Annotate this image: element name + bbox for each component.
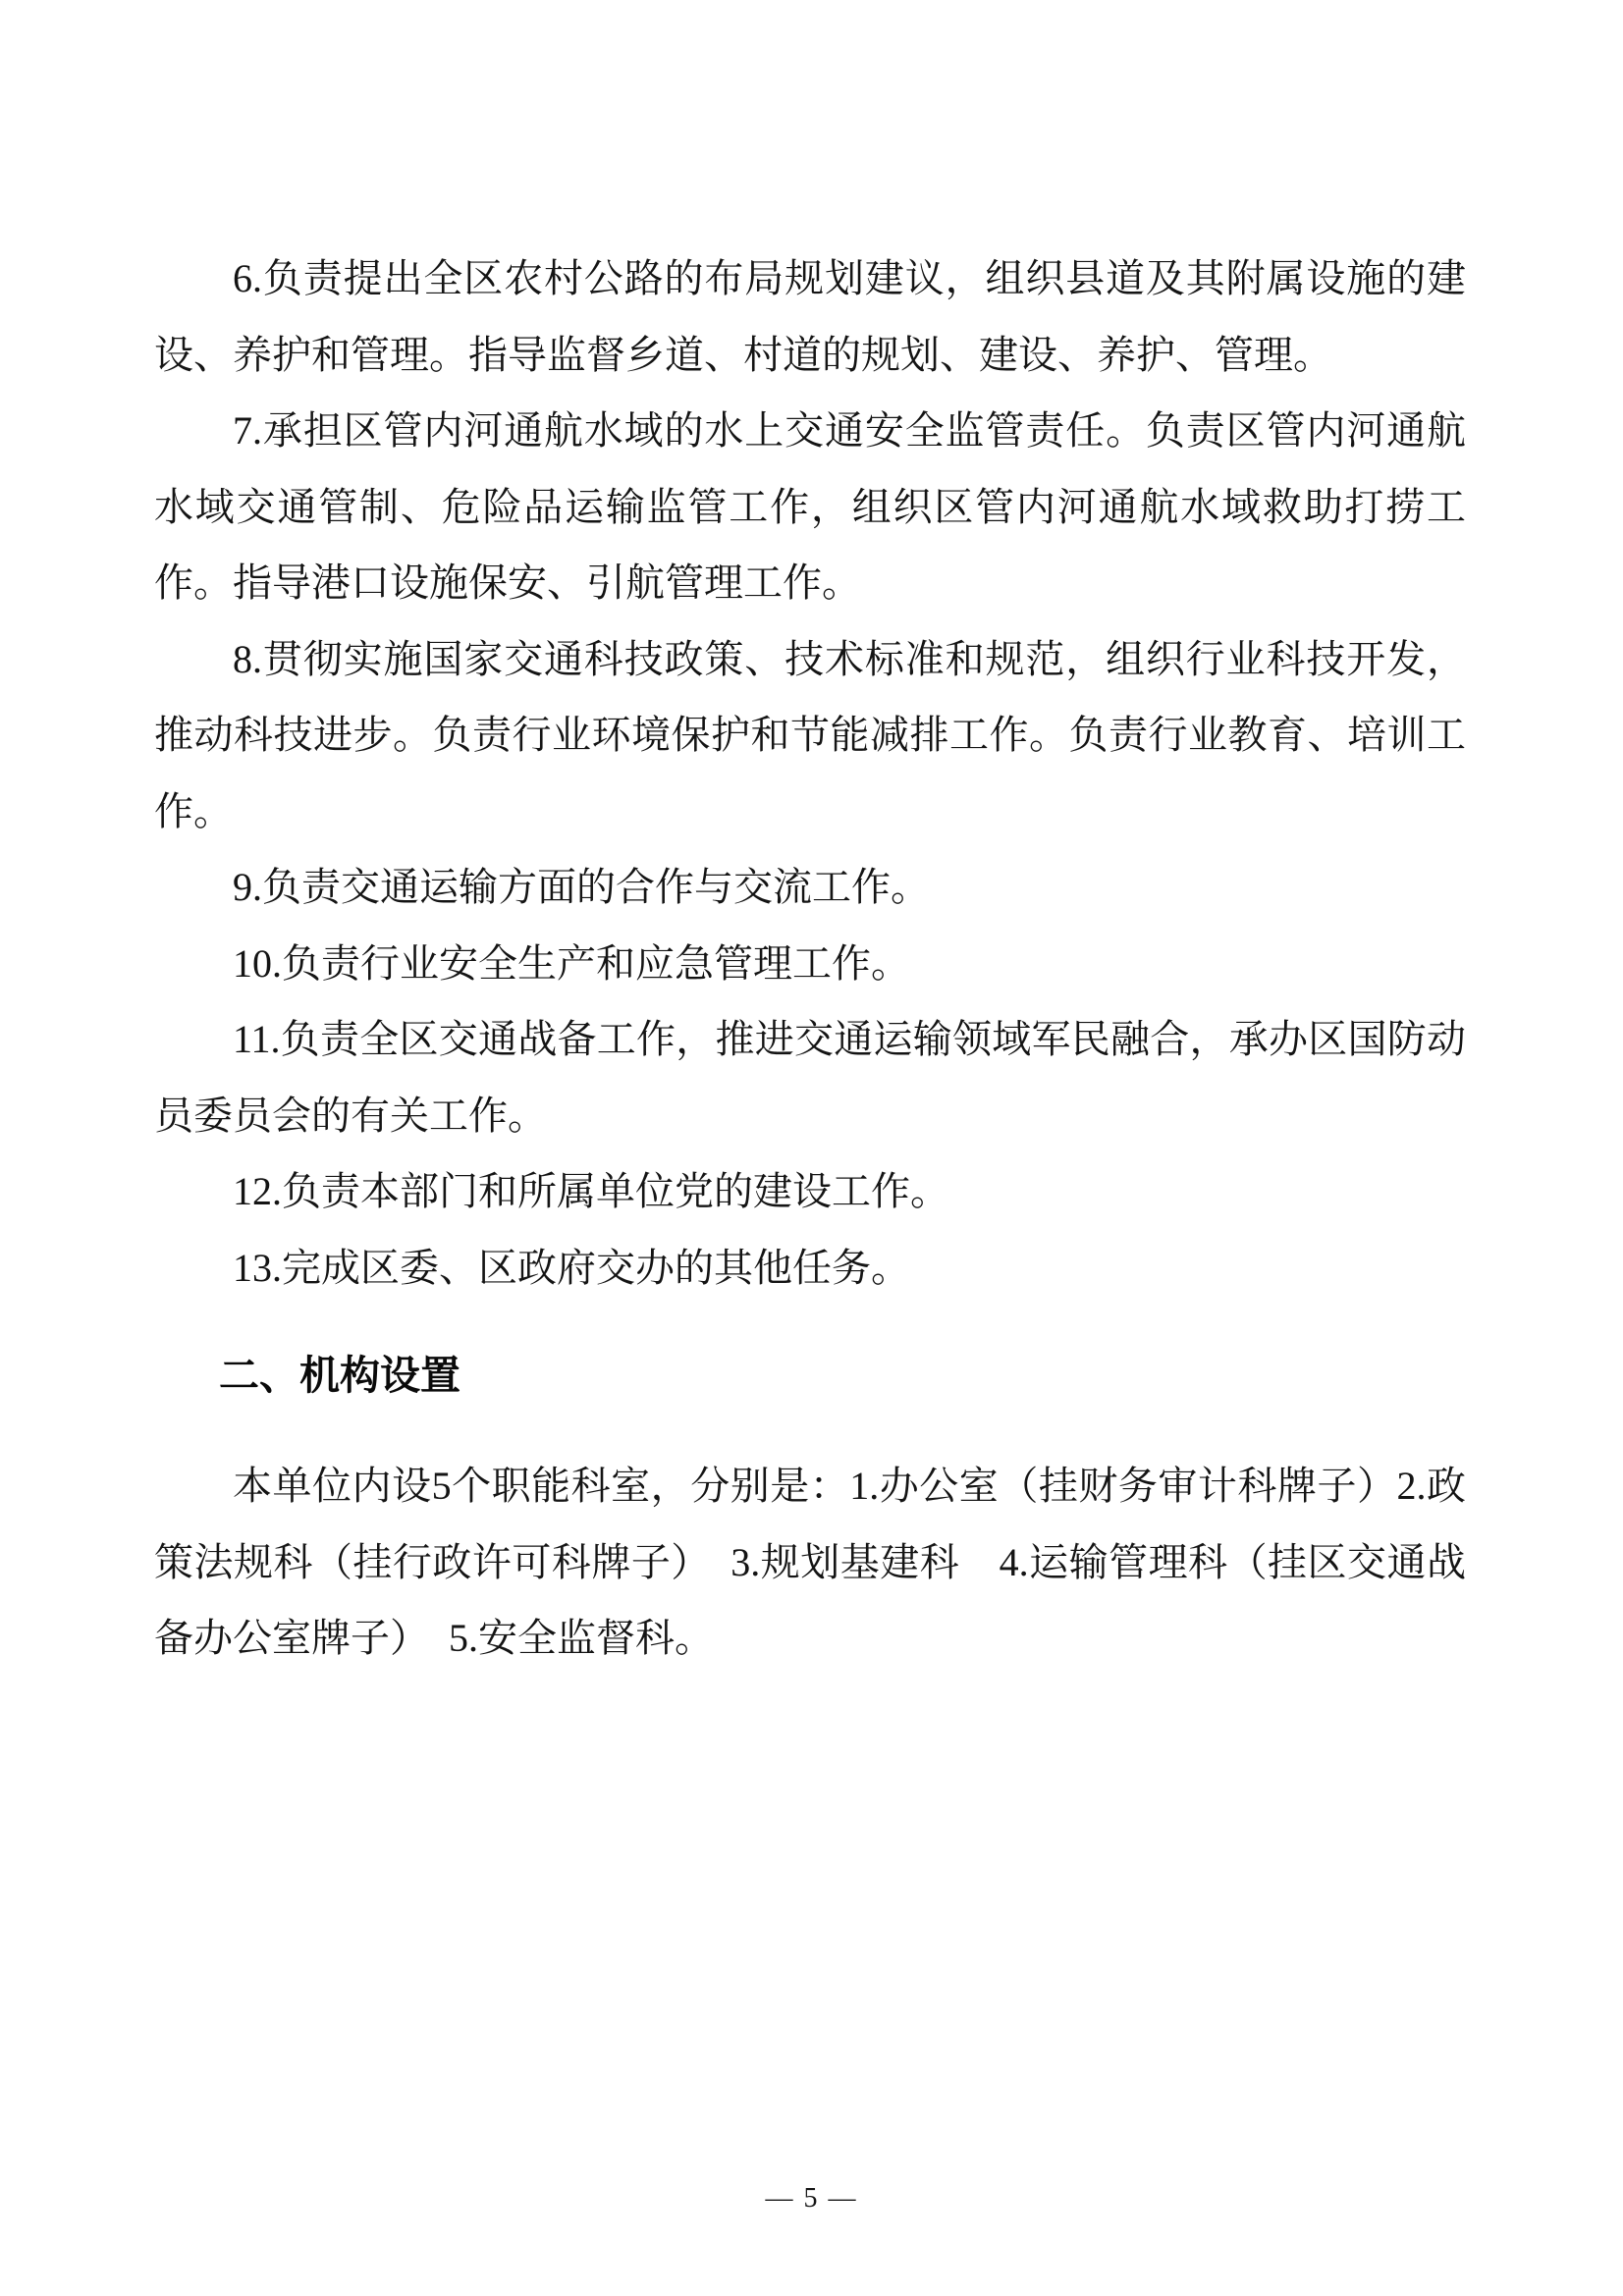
page-number: — 5 — — [766, 2183, 858, 2214]
page-footer: — 5 — — [0, 2183, 1623, 2215]
para-item-8: 8.贯彻实施国家交通科技政策、技术标准和规范，组织行业科技开发，推动科技进步。负… — [154, 621, 1466, 850]
para-item-7: 7.承担区管内河通航水域的水上交通安全监管责任。负责区管内河通航水域交通管制、危… — [154, 393, 1466, 621]
section-heading-org-setup: 二、机构设置 — [154, 1337, 1466, 1414]
para-item-10: 10.负责行业安全生产和应急管理工作。 — [154, 926, 1466, 1002]
document-page: 6.负责提出全区农村公路的布局规划建议，组织县道及其附属设施的建设、养护和管理。… — [0, 0, 1623, 2296]
para-item-9: 9.负责交通运输方面的合作与交流工作。 — [154, 849, 1466, 926]
para-item-13: 13.完成区委、区政府交办的其他任务。 — [154, 1230, 1466, 1307]
document-body: 6.负责提出全区农村公路的布局规划建议，组织县道及其附属设施的建设、养护和管理。… — [154, 240, 1466, 1677]
para-org-departments: 本单位内设5个职能科室，分别是：1.办公室（挂财务审计科牌子）2.政策法规科（挂… — [154, 1448, 1466, 1677]
para-item-11: 11.负责全区交通战备工作，推进交通运输领域军民融合，承办区国防动员委员会的有关… — [154, 1001, 1466, 1153]
para-item-6: 6.负责提出全区农村公路的布局规划建议，组织县道及其附属设施的建设、养护和管理。… — [154, 240, 1466, 393]
para-item-12: 12.负责本部门和所属单位党的建设工作。 — [154, 1153, 1466, 1230]
